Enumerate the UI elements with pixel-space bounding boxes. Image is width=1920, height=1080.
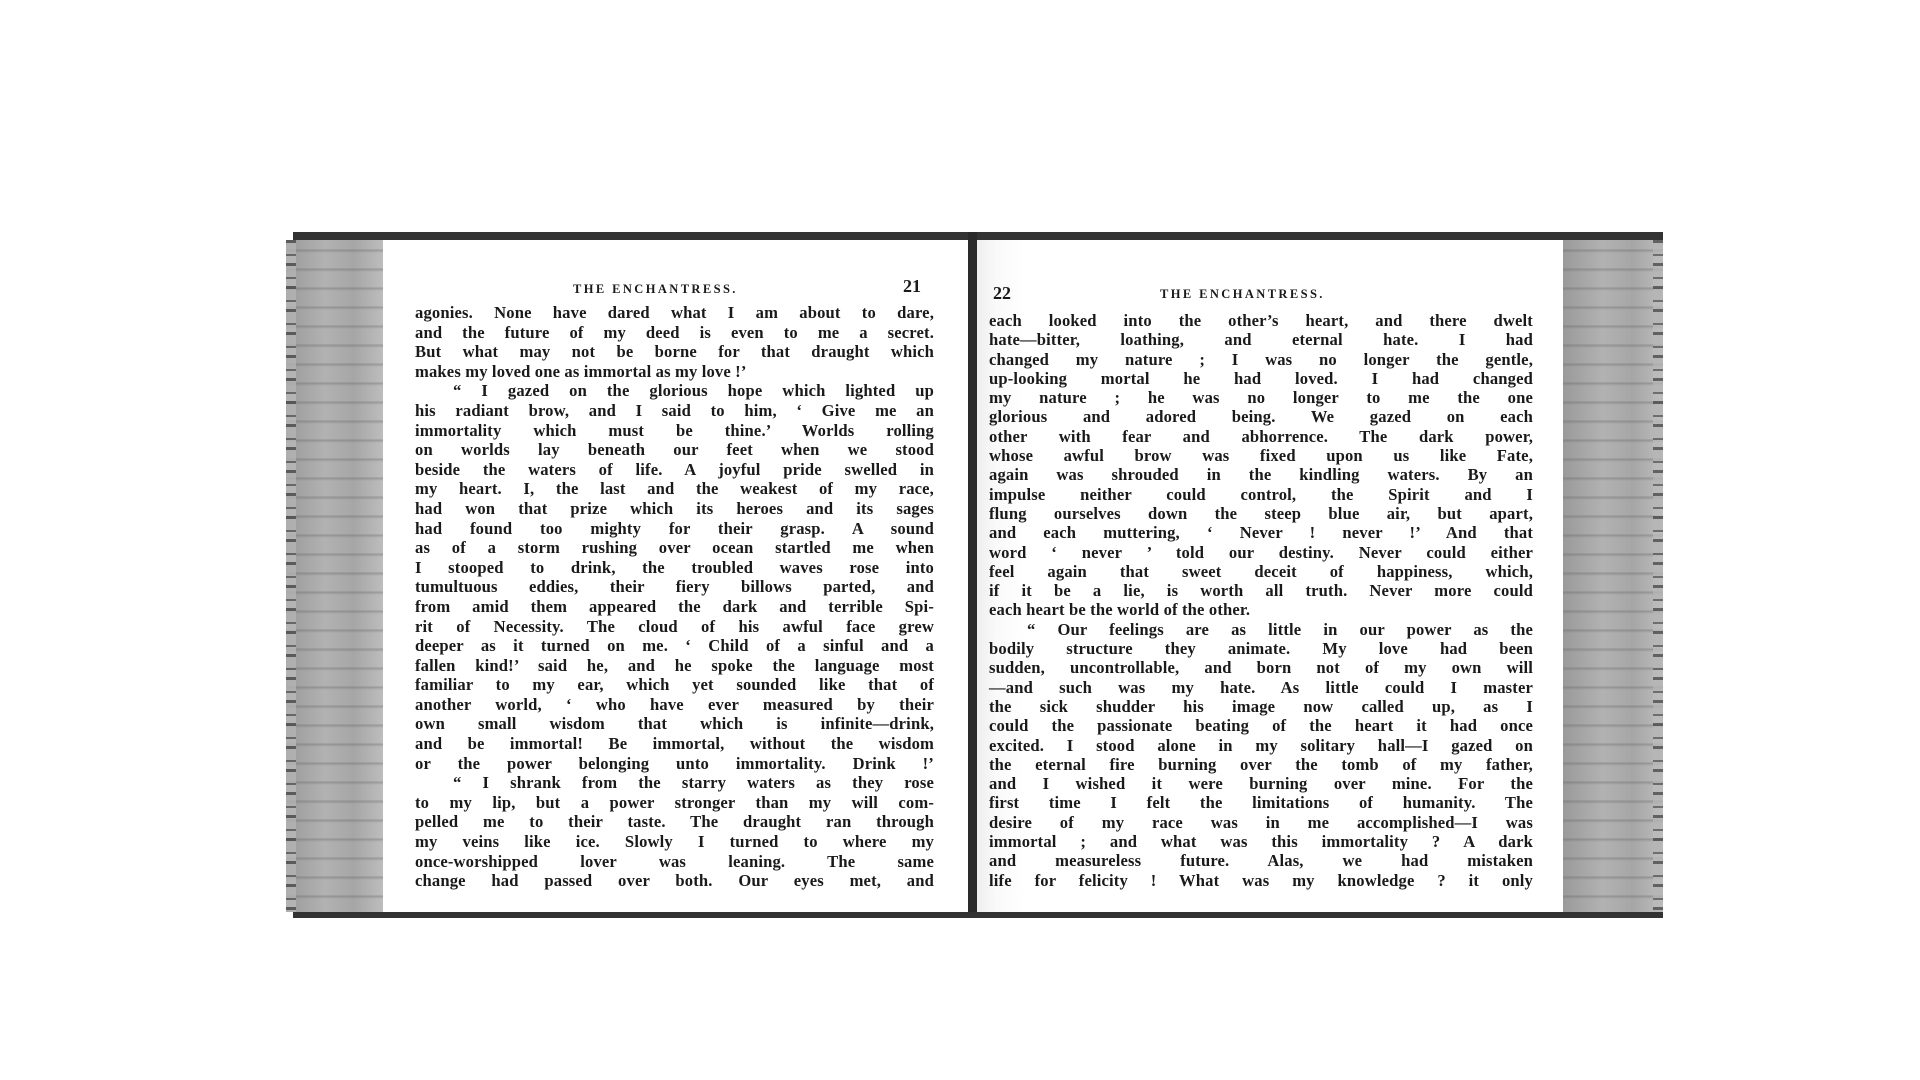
text-line: the sick shudder his image now called up… xyxy=(989,697,1533,716)
text-line: or the power belonging unto immortality.… xyxy=(415,754,934,774)
text-line: life for felicity ! What was my knowledg… xyxy=(989,871,1533,890)
text-line: hate—bitter, loathing, and eternal hate.… xyxy=(989,330,1533,349)
text-line: familiar to my ear, which yet sounded li… xyxy=(415,675,934,695)
text-line: I stooped to drink, the troubled waves r… xyxy=(415,558,934,578)
text-line: and the future of my deed is even to me … xyxy=(415,323,934,343)
text-line: on worlds lay beneath our feet when we s… xyxy=(415,440,934,460)
right-page: 22 THE ENCHANTRESS. each looked into the… xyxy=(977,240,1563,912)
text-line: feel again that sweet deceit of happines… xyxy=(989,562,1533,581)
text-line: once-worshipped lover was leaning. The s… xyxy=(415,852,934,872)
text-line: bodily structure they animate. My love h… xyxy=(989,639,1533,658)
text-line: could the passionate beating of the hear… xyxy=(989,716,1533,735)
text-line: my veins like ice. Slowly I turned to wh… xyxy=(415,832,934,852)
text-line: rit of Necessity. The cloud of his awful… xyxy=(415,617,934,637)
text-line: fallen kind!’ said he, and he spoke the … xyxy=(415,656,934,676)
page-body-text: agonies. None have dared what I am about… xyxy=(415,303,934,891)
text-line: change had passed over both. Our eyes me… xyxy=(415,871,934,891)
text-line: excited. I stood alone in my solitary ha… xyxy=(989,736,1533,755)
text-line: and I wished it were burning over mine. … xyxy=(989,774,1533,793)
text-line: makes my loved one as immortal as my lov… xyxy=(415,362,934,382)
text-line: my heart. I, the last and the weakest of… xyxy=(415,479,934,499)
running-head: THE ENCHANTRESS. xyxy=(1160,287,1325,302)
text-line: the eternal fire burning over the tomb o… xyxy=(989,755,1533,774)
page-number: 22 xyxy=(993,283,1011,304)
text-line: immortality which must be thine.’ Worlds… xyxy=(415,421,934,441)
text-line: immortal ; and what was this immortality… xyxy=(989,832,1533,851)
text-line: desire of my race was in me accomplished… xyxy=(989,813,1533,832)
text-line: —and such was my hate. As little could I… xyxy=(989,678,1533,697)
right-page-edge-stack xyxy=(1563,240,1663,912)
open-book-scan: THE ENCHANTRESS. 21 agonies. None have d… xyxy=(286,232,1663,918)
text-line: to my lip, but a power stronger than my … xyxy=(415,793,934,813)
text-line: deeper as it turned on me. ‘ Child of a … xyxy=(415,636,934,656)
text-line: my nature ; he was no longer to me the o… xyxy=(989,388,1533,407)
text-line: “ I gazed on the glorious hope which lig… xyxy=(415,381,934,401)
text-line: glorious and adored being. We gazed on e… xyxy=(989,407,1533,426)
text-line: first time I felt the limitations of hum… xyxy=(989,793,1533,812)
text-line: agonies. None have dared what I am about… xyxy=(415,303,934,323)
page-number: 21 xyxy=(903,276,921,297)
book-spine-gutter xyxy=(968,232,977,918)
text-line: word ‘ never ’ told our destiny. Never c… xyxy=(989,543,1533,562)
text-line: But what may not be borne for that draug… xyxy=(415,342,934,362)
book-top-border xyxy=(293,232,1663,240)
text-line: and be immortal! Be immortal, without th… xyxy=(415,734,934,754)
text-line: had won that prize which its heroes and … xyxy=(415,499,934,519)
text-line: other with fear and abhorrence. The dark… xyxy=(989,427,1533,446)
text-line: had found too mighty for their grasp. A … xyxy=(415,519,934,539)
text-line: “ I shrank from the starry waters as the… xyxy=(415,773,934,793)
text-line: his radiant brow, and I said to him, ‘ G… xyxy=(415,401,934,421)
text-line: beside the waters of life. A joyful prid… xyxy=(415,460,934,480)
text-line: from amid them appeared the dark and ter… xyxy=(415,597,934,617)
running-head: THE ENCHANTRESS. xyxy=(573,282,738,297)
text-line: each heart be the world of the other. xyxy=(989,600,1533,619)
text-line: sudden, uncontrollable, and born not of … xyxy=(989,658,1533,677)
left-page-edge-stack xyxy=(286,240,383,912)
text-line: flung ourselves down the steep blue air,… xyxy=(989,504,1533,523)
text-line: changed my nature ; I was no longer the … xyxy=(989,350,1533,369)
text-line: each looked into the other’s heart, and … xyxy=(989,311,1533,330)
text-line: as of a storm rushing over ocean startle… xyxy=(415,538,934,558)
text-line: impulse neither could control, the Spiri… xyxy=(989,485,1533,504)
text-line: tumultuous eddies, their fiery billows p… xyxy=(415,577,934,597)
text-line: pelled me to their taste. The draught ra… xyxy=(415,812,934,832)
text-line: whose awful brow was fixed upon us like … xyxy=(989,446,1533,465)
left-page: THE ENCHANTRESS. 21 agonies. None have d… xyxy=(383,240,968,912)
text-line: and measureless future. Alas, we had mis… xyxy=(989,851,1533,870)
text-line: own small wisdom that which is infinite—… xyxy=(415,714,934,734)
text-line: if it be a lie, is worth all truth. Neve… xyxy=(989,581,1533,600)
book-bottom-border xyxy=(293,912,1663,918)
text-line: and each muttering, ‘ Never ! never !’ A… xyxy=(989,523,1533,542)
page-body-text: each looked into the other’s heart, and … xyxy=(989,311,1533,890)
text-line: another world, ‘ who have ever measured … xyxy=(415,695,934,715)
text-line: “ Our feelings are as little in our powe… xyxy=(989,620,1533,639)
text-line: up-looking mortal he had loved. I had ch… xyxy=(989,369,1533,388)
text-line: again was shrouded in the kindling water… xyxy=(989,465,1533,484)
